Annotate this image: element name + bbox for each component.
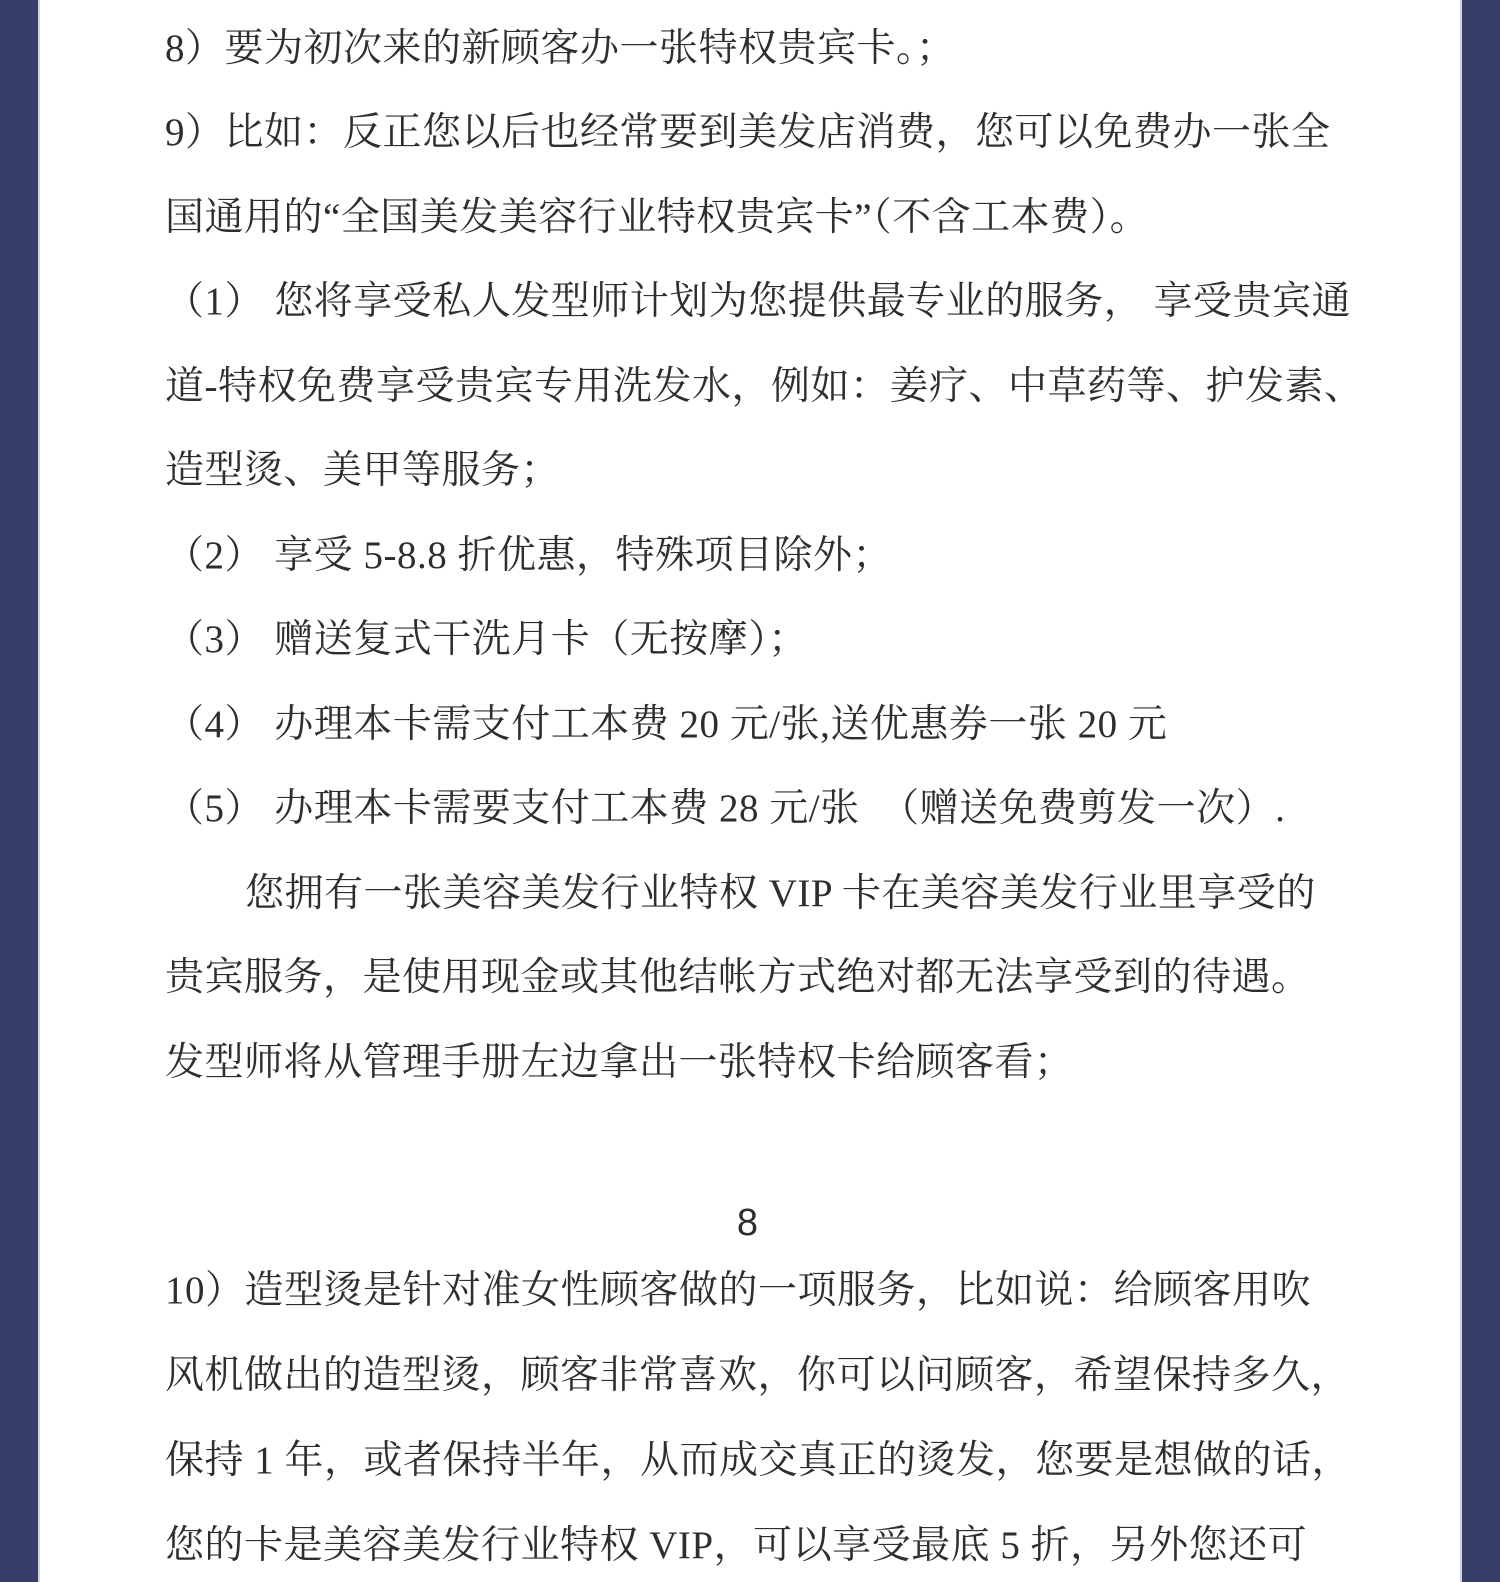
doc-line: 保持 1 年，或者保持半年，从而成交真正的烫发，您要是想做的话，	[165, 1440, 1351, 1482]
doc-line: 道-特权免费享受贵宾专用洗发水，例如：姜疗、中草药等、护发素、	[165, 366, 1364, 408]
document-page: 8）要为初次来的新顾客办一张特权贵宾卡。； 9）比如：反正您以后也经常要到美发店…	[40, 0, 1460, 1582]
doc-line: （4） 办理本卡需支付工本费 20 元/张,送优惠券一张 20 元	[165, 704, 1167, 746]
left-border-bar	[0, 0, 40, 1582]
doc-line: 国通用的“全国美发美容行业特权贵宾卡”（不含工本费）。	[165, 197, 1149, 239]
doc-line: （3） 赠送复式干洗月卡（无按摩）；	[165, 619, 808, 661]
doc-line: （5） 办理本卡需要支付工本费 28 元/张 （赠送免费剪发一次）.	[165, 788, 1285, 830]
doc-line: 贵宾服务，是使用现金或其他结帐方式绝对都无法享受到的待遇。	[165, 957, 1311, 999]
doc-line: 8）要为初次来的新顾客办一张特权贵宾卡。；	[165, 28, 956, 70]
doc-line: （1） 您将享受私人发型师计划为您提供最专业的服务， 享受贵宾通	[165, 281, 1351, 323]
doc-line: 10）造型烫是针对准女性顾客做的一项服务，比如说：给顾客用吹	[165, 1270, 1311, 1312]
doc-line: 造型烫、美甲等服务；	[165, 450, 560, 492]
right-border-bar	[1460, 0, 1500, 1582]
doc-line: 风机做出的造型烫，顾客非常喜欢，你可以问顾客，希望保持多久，	[165, 1355, 1350, 1397]
doc-line: 9）比如：反正您以后也经常要到美发店消费，您可以免费办一张全	[165, 112, 1331, 154]
doc-line: （2） 享受 5-8.8 折优惠，特殊项目除外；	[165, 535, 892, 577]
doc-line: 您的卡是美容美发行业特权 VIP，可以享受最底 5 折，另外您还可	[165, 1525, 1307, 1567]
doc-line: 您拥有一张美容美发行业特权 VIP 卡在美容美发行业里享受的	[245, 873, 1316, 915]
doc-line: 发型师将从管理手册左边拿出一张特权卡给顾客看；	[165, 1042, 1074, 1084]
page-number: 8	[165, 1202, 1330, 1245]
